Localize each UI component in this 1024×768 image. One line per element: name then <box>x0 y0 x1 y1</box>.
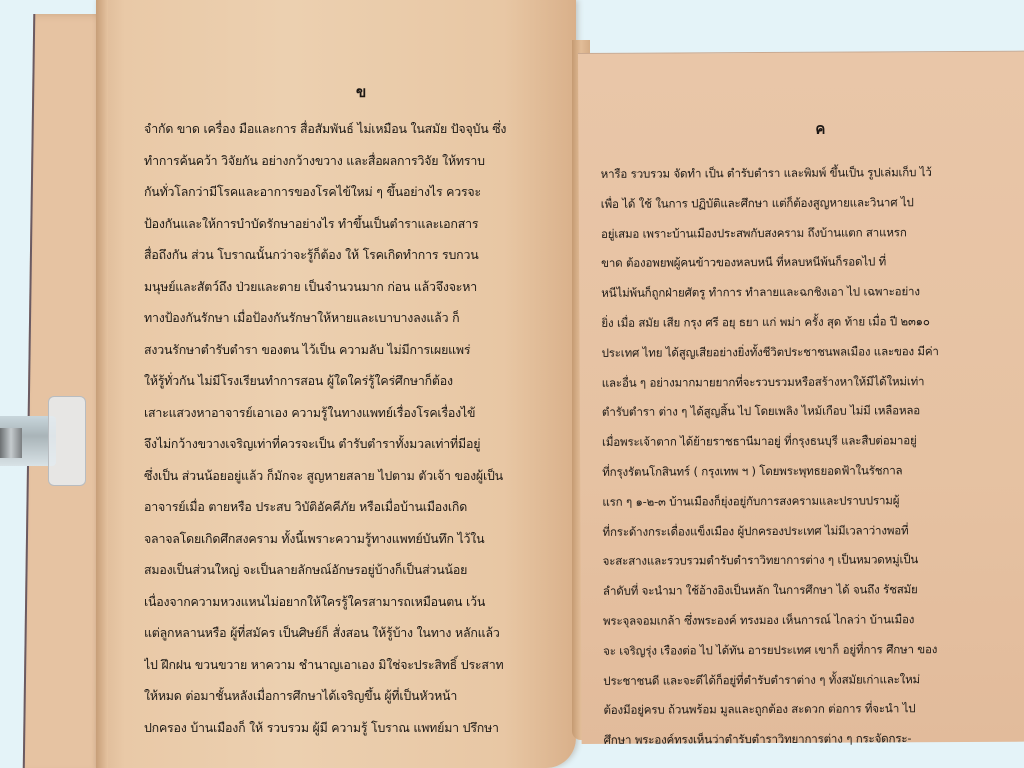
text-line: แรก ๆ ๑-๒-๓ บ้านเมืองก็ยุ่งอยู่กับการสงค… <box>602 486 1002 518</box>
text-line: ตำรับตำรา ต่าง ๆ ได้สูญสิ้น ไป โดยเพลิง … <box>602 396 1002 428</box>
text-line: เพื่อ ได้ ใช้ ในการ ปฏิบัติและศึกษา แต่ก… <box>601 188 1001 220</box>
text-line: ที่กรุงรัตนโกสินทร์ ( กรุงเทพ ฯ ) โดยพระ… <box>602 456 1002 488</box>
text-line: แต่ลูกหลานหรือ ผู้ที่สมัคร เป็นศิษย์ก็ ส… <box>144 617 564 649</box>
text-line: ประชาชนดี และจะดีได้ก็อยู่ที่ตำรับตำราต่… <box>603 664 1003 696</box>
text-line: เมื่อพระเจ้าตาก ได้ย้ายราชธานีมาอยู่ ที่… <box>602 426 1002 458</box>
text-line: ป้องกันและให้การบำบัดรักษาอย่างไร ทำขึ้น… <box>144 208 564 240</box>
text-line: ศึกษา พระองค์ทรงเห็นว่าตำรับตำราวิทยาการ… <box>604 724 1004 756</box>
text-line: และอื่น ๆ อย่างมากมายยากที่จะรวบรวมหรือส… <box>602 366 1002 398</box>
text-line: ปกครอง บ้านเมืองก็ ให้ รวบรวม ผู้มี ความ… <box>144 712 564 744</box>
text-line: ทำการค้นคว้า วิจัยกัน อย่างกว้างขวาง และ… <box>144 145 564 177</box>
page-number-left: ข <box>356 80 366 104</box>
clip-pad <box>48 396 86 486</box>
right-page: ค หารือ รวบรวม จัดทำ เป็น ตำรับตำรา และพ… <box>578 51 1024 744</box>
text-line: ให้หมด ต่อมาชั้นหลังเมื่อการศึกษาได้เจริ… <box>144 680 564 712</box>
page-number-right: ค <box>815 117 825 141</box>
text-line: อยู่เสมอ เพราะบ้านเมืองประสพกับสงคราม ถึ… <box>601 217 1001 249</box>
text-line: ซึ่งเป็น ส่วนน้อยอยู่แล้ว ก็มักจะ สูญหาย… <box>144 460 564 492</box>
text-line: จำกัด ขาด เครื่อง มือและการ สื่อสัมพันธ์… <box>144 113 564 145</box>
text-line: ขาด ต้องอพยพผู้คนข้าวของหลบหนี ที่หลบหนี… <box>601 247 1001 279</box>
text-line: ไป ฝึกฝน ขวนขวาย หาความ ชำนาญเอาเอง มิใช… <box>144 649 564 681</box>
text-line: ประเทศ ไทย ได้สูญเสียอย่างยิ่งทั้งชีวิตป… <box>601 337 1001 369</box>
text-line: จะสะสางและรวบรวมตำรับตำราวิทยาการต่าง ๆ … <box>603 545 1003 577</box>
text-line: สื่อถึงกัน ส่วน โบราณนั้นกว่าจะรู้ก็ต้อง… <box>144 239 564 271</box>
text-line: หารือ รวบรวม จัดทำ เป็น ตำรับตำรา และพิม… <box>601 158 1001 190</box>
text-line: ต้องมีอยู่ครบ ถ้วนพร้อม มูลและถูกต้อง สะ… <box>603 694 1003 726</box>
text-line: สมองเป็นส่วนใหญ่ จะเป็นลายลักษณ์อักษรอยู… <box>144 554 564 586</box>
text-line: กันทั่วโลกว่ามีโรคและอาการของโรคไข้ใหม่ … <box>144 176 564 208</box>
left-page: ข จำกัด ขาด เครื่อง มือและการ สื่อสัมพัน… <box>96 0 576 768</box>
text-line: มนุษย์และสัตว์ถึง ป่วยและตาย เป็นจำนวนมา… <box>144 271 564 303</box>
text-line: พระจุลจอมเกล้า ซึ่งพระองค์ ทรงมอง เห็นกา… <box>603 605 1003 637</box>
right-page-text: หารือ รวบรวม จัดทำ เป็น ตำรับตำรา และพิม… <box>601 158 1004 756</box>
text-line: เสาะแสวงหาอาจารย์เอาเอง ความรู้ในทางแพทย… <box>144 397 564 429</box>
text-line: จลาจลโดยเกิดศึกสงคราม ทั้งนี้เพราะความรู… <box>144 523 564 555</box>
text-line: ให้รู้ทั่วกัน ไม่มีโรงเรียนทำการสอน ผู้ใ… <box>144 365 564 397</box>
text-line: สงวนรักษาตำรับตำรา ของตน ไว้เป็น ความลับ… <box>144 334 564 366</box>
left-page-text: จำกัด ขาด เครื่อง มือและการ สื่อสัมพันธ์… <box>144 113 564 743</box>
text-line: ยิ่ง เมื่อ สมัย เสีย กรุง ศรี อยุ ธยา แก… <box>601 307 1001 339</box>
text-line: ลำดับที่ จะนำมา ใช้อ้างอิงเป็นหลัก ในการ… <box>603 575 1003 607</box>
text-line: เนื่องจากความหวงแหนไม่อยากให้ใครรู้ใครสา… <box>144 586 564 618</box>
text-line: จึงไม่กว้างขวางเจริญเท่าที่ควรจะเป็น ตำร… <box>144 428 564 460</box>
text-line: ทางป้องกันรักษา เมื่อป้องกันรักษาให้หายแ… <box>144 302 564 334</box>
text-line: หนีไม่พ้นก็ถูกฝ่ายศัตรู ทำการ ทำลายและฉก… <box>601 277 1001 309</box>
clip-hinge <box>0 428 22 458</box>
text-line: ที่กระด้างกระเดื่องแข็งเมือง ผู้ปกครองปร… <box>602 515 1002 547</box>
text-line: อาจารย์เมื่อ ตายหรือ ประสบ วิบัติอัคคีภั… <box>144 491 564 523</box>
page-holder-clip <box>0 396 84 484</box>
text-line: จะ เจริญรุ่ง เรืองต่อ ไป ได้ทัน อารยประเ… <box>603 635 1003 667</box>
